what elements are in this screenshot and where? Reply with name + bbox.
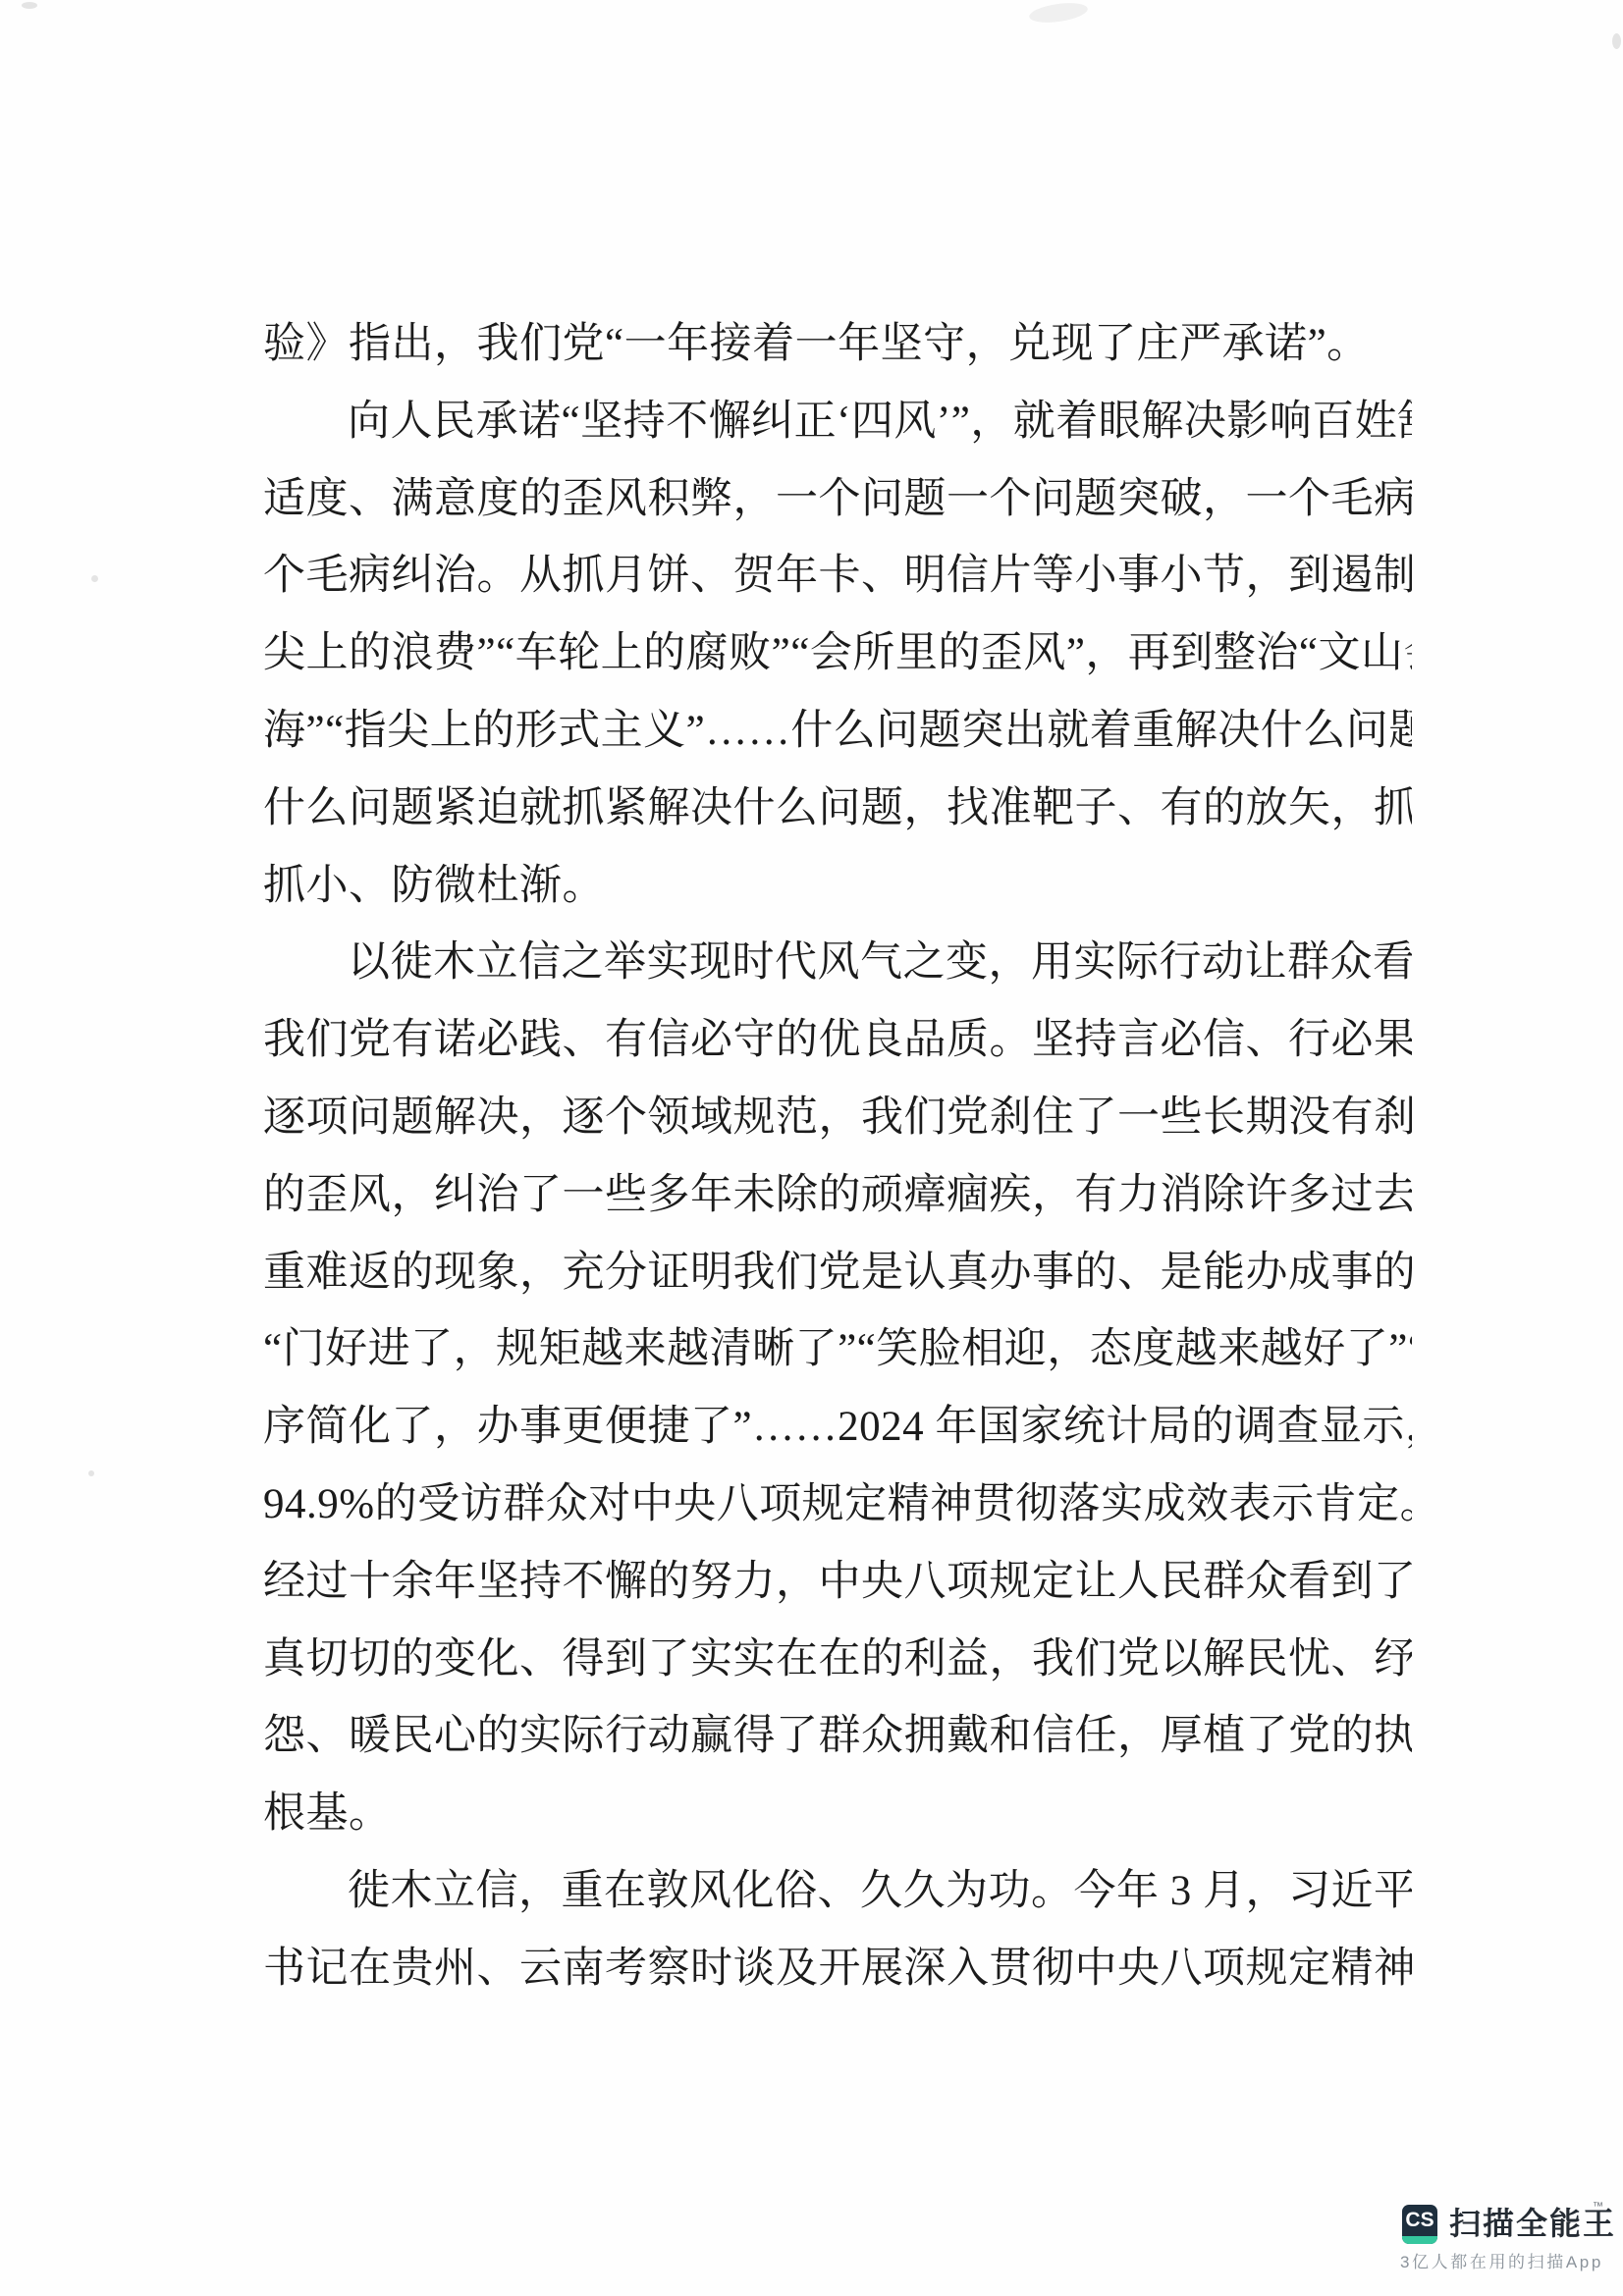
camscanner-app-name: 扫描全能王 [1449,2203,1616,2244]
text-line: “门好进了，规矩越来越清晰了”“笑脸相迎，态度越来越好了”“程 [263,1311,1412,1389]
camscanner-logo-icon: CS [1402,2205,1437,2244]
camscanner-watermark: CS 扫描全能王 ™ 3亿人都在用的扫描App [1398,2201,1609,2274]
logo-initials: CS [1402,2205,1437,2236]
trademark-symbol: ™ [1593,2201,1603,2213]
scan-artifact [91,575,98,582]
camscanner-tagline: 3亿人都在用的扫描App [1400,2248,1603,2272]
scan-artifact [1028,0,1089,26]
scanned-document-page: 验》指出，我们党“一年接着一年坚守，兑现了庄严承诺”。向人民承诺“坚持不懈纠正‘… [0,0,1623,2296]
text-line: 抓小、防微杜渐。 [263,848,1412,926]
text-line: 徙木立信，重在敦风化俗、久久为功。今年 3 月，习近平总 [263,1853,1412,1931]
text-line: 书记在贵州、云南考察时谈及开展深入贯彻中央八项规定精神学 [263,1931,1412,2008]
scan-artifact [22,2,37,9]
scan-artifact [88,1470,94,1476]
scan-artifact [1612,33,1621,49]
text-line: 怨、暖民心的实际行动赢得了群众拥戴和信任，厚植了党的执政 [263,1698,1412,1776]
text-line: 验》指出，我们党“一年接着一年坚守，兑现了庄严承诺”。 [263,306,1412,384]
text-line: 个毛病纠治。从抓月饼、贺年卡、明信片等小事小节，到遏制“舌 [263,538,1412,615]
text-line: 逐项问题解决，逐个领域规范，我们党刹住了一些长期没有刹住 [263,1080,1412,1157]
text-line: 以徙木立信之举实现时代风气之变，用实际行动让群众看到 [263,925,1412,1002]
text-line: 尖上的浪费”“车轮上的腐败”“会所里的歪风”，再到整治“文山会 [263,615,1412,693]
text-line: 重难返的现象，充分证明我们党是认真办事的、是能办成事的。 [263,1235,1412,1312]
logo-accent-bar [1402,2236,1437,2244]
text-line: 序简化了，办事更便捷了”……2024 年国家统计局的调查显示， [263,1389,1412,1467]
text-line: 经过十余年坚持不懈的努力，中央八项规定让人民群众看到了真 [263,1544,1412,1622]
text-line: 94.9%的受访群众对中央八项规定精神贯彻落实成效表示肯定。 [263,1467,1412,1544]
text-line: 适度、满意度的歪风积弊，一个问题一个问题突破，一个毛病一 [263,461,1412,539]
text-line: 向人民承诺“坚持不懈纠正‘四风’”，就着眼解决影响百姓舒 [263,384,1412,461]
text-line: 根基。 [263,1776,1412,1853]
text-line: 真切切的变化、得到了实实在在的利益，我们党以解民忧、纾民 [263,1622,1412,1699]
text-line: 海”“指尖上的形式主义”……什么问题突出就着重解决什么问题， [263,693,1412,771]
text-line: 的歪风，纠治了一些多年未除的顽瘴痼疾，有力消除许多过去积 [263,1157,1412,1235]
document-text-block: 验》指出，我们党“一年接着一年坚守，兑现了庄严承诺”。向人民承诺“坚持不懈纠正‘… [263,306,1412,2008]
text-line: 我们党有诺必践、有信必守的优良品质。坚持言必信、行必果， [263,1002,1412,1080]
text-line: 什么问题紧迫就抓紧解决什么问题，找准靶子、有的放矢，抓早 [263,771,1412,848]
